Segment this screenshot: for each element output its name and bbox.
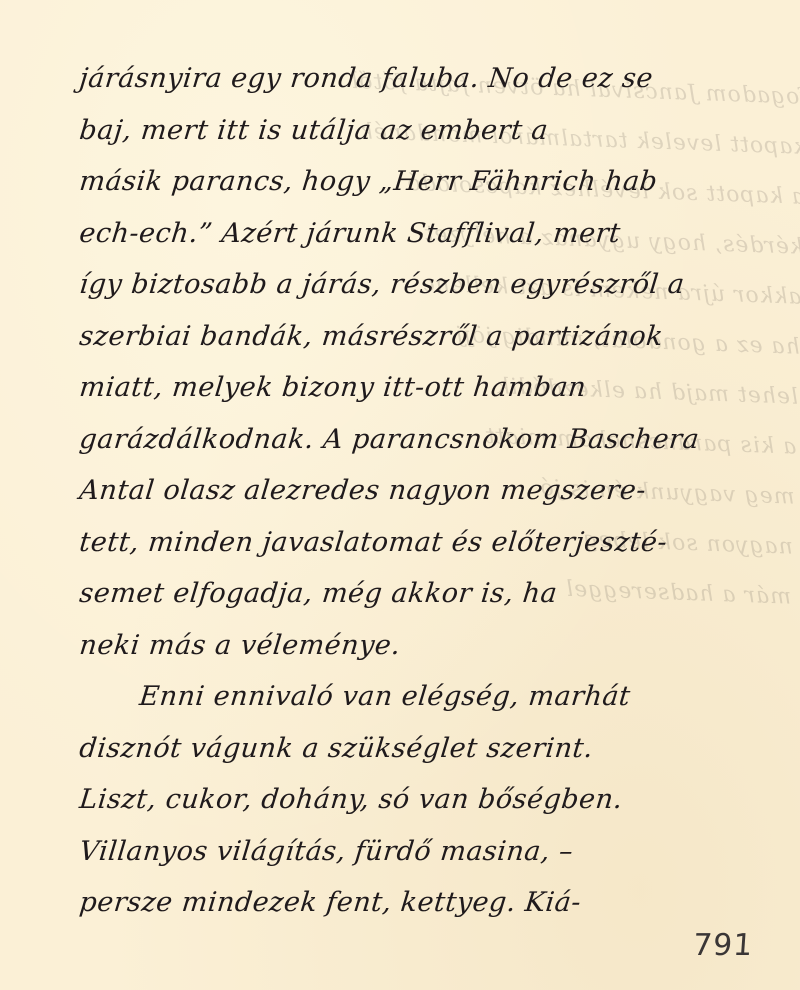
text-line: persze mindezek fent, kettyeg. Kiá- — [78, 866, 795, 918]
text-line: tett, minden javaslatomat és előterjeszt… — [78, 506, 795, 558]
paragraph-start-line: Enni ennivaló van elégség, marhát — [78, 660, 795, 712]
text-line: disznót vágunk a szükséglet szerint. — [78, 712, 795, 764]
text-line: Villanyos világítás, fürdő masina, – — [78, 815, 795, 867]
text-line: garázdálkodnak. A parancsnokom Baschera — [78, 403, 795, 455]
text-line: másik parancs, hogy „Herr Fähnrich hab — [78, 145, 795, 197]
text-line: baj, mert itt is utálja az embert a — [78, 94, 795, 146]
text-line: járásnyira egy ronda faluba. No de ez se — [78, 42, 795, 94]
text-line: Antal olasz alezredes nagyon megszere- — [78, 454, 795, 506]
text-line: semet elfogadja, még akkor is, ha — [78, 557, 795, 609]
text-line: Liszt, cukor, dohány, só van bőségben. — [78, 763, 795, 815]
text-line: neki más a véleménye. — [78, 609, 795, 661]
page-number: 791 — [692, 928, 755, 963]
letter-page: fogadom Jancsival ha ötven fajta főtől k… — [0, 0, 800, 990]
handwritten-text-body: járásnyira egy ronda faluba. No de ez se… — [78, 42, 790, 918]
text-line: ech-ech.” Azért járunk Stafflival, mert — [78, 197, 795, 249]
text-line: így biztosabb a járás, részben egyrészrő… — [78, 248, 795, 300]
text-line: szerbiai bandák, másrészről a partizánok — [78, 300, 795, 352]
text-line: miatt, melyek bizony itt-ott hamban — [78, 351, 795, 403]
